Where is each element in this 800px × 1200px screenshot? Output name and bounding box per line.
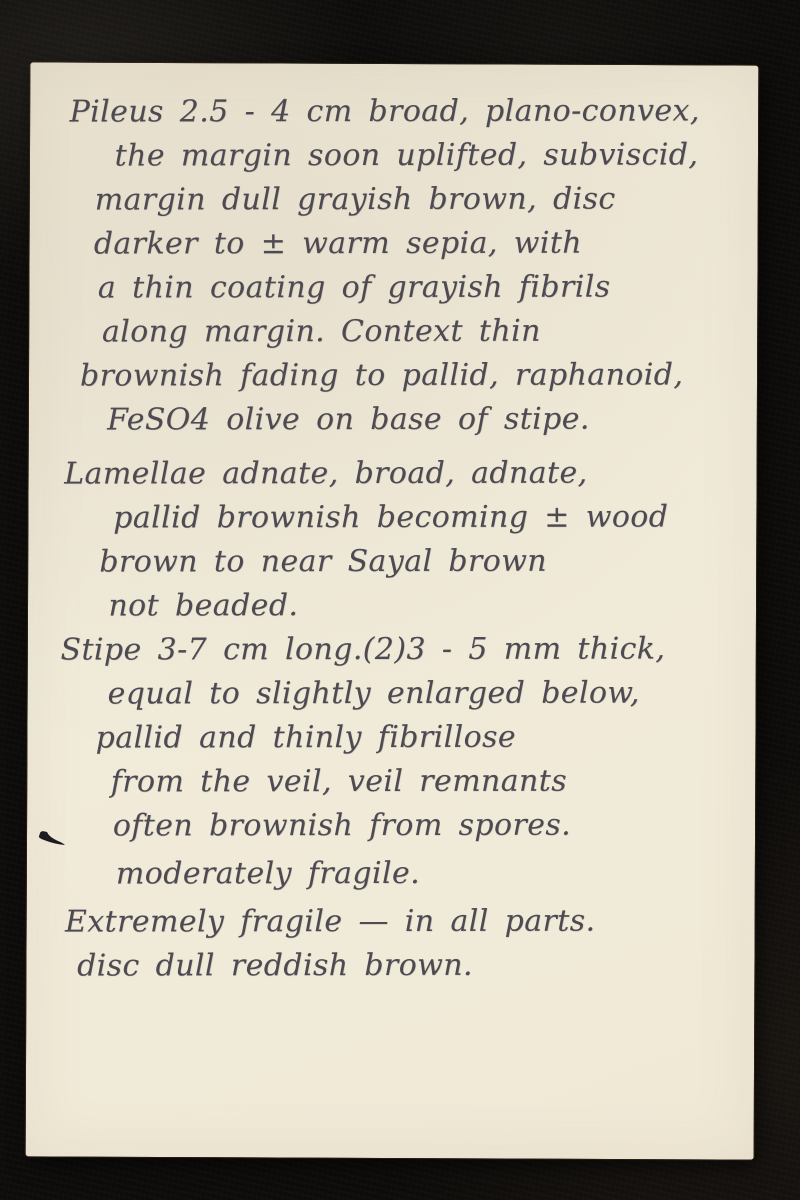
note-line: Extremely fragile — in all parts.: [65, 899, 749, 944]
note-line: moderately fragile.: [116, 851, 749, 896]
note-line: margin dull grayish brown, disc: [95, 177, 748, 222]
note-line: brownish fading to pallid, raphanoid,: [80, 353, 748, 398]
index-card: Pileus 2.5 - 4 cm broad, plano-convex, t…: [26, 62, 759, 1159]
note-line: a thin coating of grayish fibrils: [98, 265, 748, 310]
ink-blot: [36, 828, 68, 854]
note-line: pallid and thinly fibrillose: [96, 715, 749, 760]
note-line: not beaded.: [108, 583, 748, 628]
note-line: from the veil, veil remnants: [111, 759, 749, 804]
note-line: often brownish from spores.: [113, 803, 749, 848]
note-line: equal to slightly enlarged below,: [108, 671, 749, 716]
note-line: the margin soon uplifted, subviscid,: [115, 133, 748, 178]
note-line: Lamellae adnate, broad, adnate,: [64, 451, 748, 496]
note-line: Stipe 3-7 cm long.(2)3 - 5 mm thick,: [60, 627, 748, 672]
note-line: along margin. Context thin: [102, 309, 748, 354]
note-line: brown to near Sayal brown: [99, 539, 748, 584]
note-line: FeSO4 olive on base of stipe.: [107, 397, 748, 442]
note-line: disc dull reddish brown.: [77, 943, 749, 988]
handwritten-note: Pileus 2.5 - 4 cm broad, plano-convex, t…: [28, 89, 750, 988]
note-line: Pileus 2.5 - 4 cm broad, plano-convex,: [70, 89, 748, 134]
note-line: pallid brownish becoming ± wood: [113, 495, 748, 540]
note-line: darker to ± warm sepia, with: [94, 221, 748, 266]
